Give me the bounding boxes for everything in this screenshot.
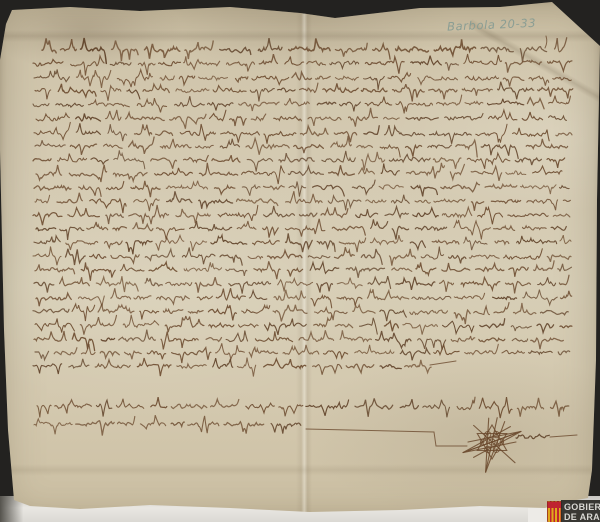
- aragon-shield-icon: [547, 501, 562, 522]
- watermark-text-line2: DE ARA: [564, 512, 600, 522]
- vertical-fold-crease: [296, 0, 312, 522]
- gobierno-aragon-watermark: GOBIER DE ARA: [528, 498, 600, 522]
- manuscript-photo: Barbola 20-33 GOBIER DE ARA: [0, 0, 600, 522]
- watermark-white-panel: [528, 508, 547, 522]
- watermark-text-box: GOBIER DE ARA: [561, 500, 600, 522]
- watermark-text-line1: GOBIER: [564, 502, 600, 512]
- parchment-sheet: [0, 0, 600, 522]
- horizontal-fold-crease-bottom: [0, 464, 600, 476]
